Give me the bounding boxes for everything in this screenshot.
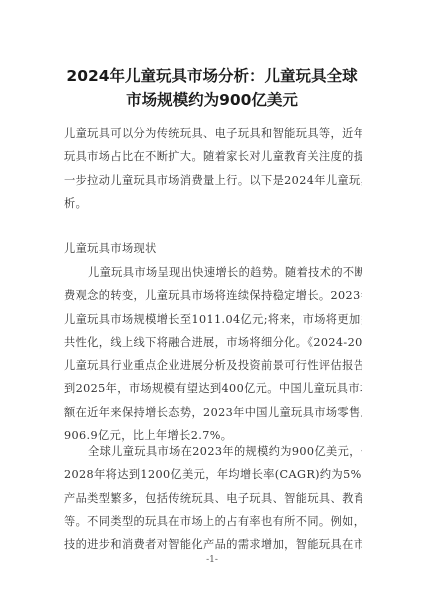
global-market-paragraph: 全球儿童玩具市场在2023年的规模约为900亿美元，估计到 2028年将达到12… xyxy=(64,440,362,556)
title-line-2: 市场规模约为900亿美元 xyxy=(60,88,364,112)
section-heading: 儿童玩具市场现状 xyxy=(64,237,362,260)
text-line: 额在近年来保持增长态势，2023年中国儿童玩具市场零售总额达到 xyxy=(64,401,362,424)
text-line: 儿童玩具可以分为传统玩具、电子玩具和智能玩具等，近年来教育 xyxy=(64,122,362,145)
text-line: 儿童玩具行业重点企业进展分析及投资前景可行性评估报告》估计 xyxy=(64,354,362,377)
text-line: 一步拉动儿童玩具市场消费量上行。以下是2024年儿童玩具市场分 xyxy=(64,169,362,192)
text-line: 共性化，线上线下将融合进展，市场将细分化。《2024-2029年中国 xyxy=(64,331,362,354)
text-line: 儿童玩具市场规模增长至1011.04亿元;将来，市场将更加多元化和 xyxy=(64,308,362,331)
text-line: 2028年将达到1200亿美元，年均增长率(CAGR)约为5%。儿童玩具 xyxy=(64,463,362,486)
text-line: 等。不同类型的玩具在市场上的占有率也有所不同。例如，随着科 xyxy=(64,510,362,533)
text-line: 产品类型繁多，包括传统玩具、电子玩具、智能玩具、教育玩具 xyxy=(64,487,362,510)
text-line: 费观念的转变，儿童玩具市场将连续保持稳定增长。2023年，我国 xyxy=(64,284,362,307)
section-heading-text: 儿童玩具市场现状 xyxy=(64,237,362,260)
text-line: 玩具市场占比在不断扩大。随着家长对儿童教育关注度的提高，进 xyxy=(64,145,362,168)
text-line: 析。 xyxy=(64,192,362,215)
document-page: 2024年儿童玩具市场分析：儿童玩具全球 市场规模约为900亿美元 儿童玩具可以… xyxy=(0,0,424,600)
text-line: 儿童玩具市场呈现出快速增长的趋势。随着技术的不断进步和消 xyxy=(64,261,362,284)
text-line: 到2025年，市场规模有望达到400亿元。中国儿童玩具市场零售总 xyxy=(64,377,362,400)
text-line: 技的进步和消费者对智能化产品的需求增加，智能玩具在市场上的 xyxy=(64,533,362,556)
text-line: 全球儿童玩具市场在2023年的规模约为900亿美元，估计到 xyxy=(64,440,362,463)
document-title: 2024年儿童玩具市场分析：儿童玩具全球 市场规模约为900亿美元 xyxy=(60,64,364,112)
intro-paragraph: 儿童玩具可以分为传统玩具、电子玩具和智能玩具等，近年来教育 玩具市场占比在不断扩… xyxy=(64,122,362,215)
title-line-1: 2024年儿童玩具市场分析：儿童玩具全球 xyxy=(60,64,364,88)
market-status-paragraph: 儿童玩具市场呈现出快速增长的趋势。随着技术的不断进步和消 费观念的转变，儿童玩具… xyxy=(64,261,362,447)
page-number: -1- xyxy=(0,555,424,565)
